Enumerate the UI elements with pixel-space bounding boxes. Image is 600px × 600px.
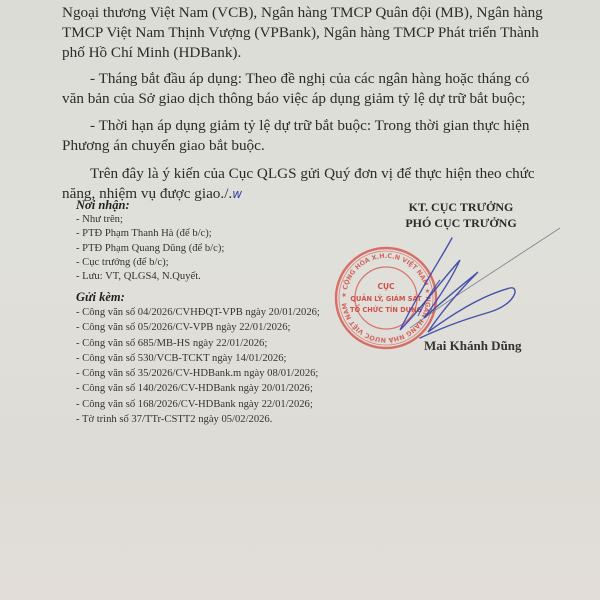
recipient-item: - Cục trưởng (để b/c); (76, 256, 224, 270)
bank-list-paragraph: Ngoại thương Việt Nam (VCB), Ngân hàng T… (62, 3, 536, 63)
paragraph-line: phố Hồ Chí Minh (HDBank). (62, 43, 536, 63)
attachment-item: - Công văn số 35/2026/CV-HDBank.m ngày 0… (76, 366, 320, 381)
attachment-item: - Công văn số 05/2026/CV-VPB ngày 22/01/… (76, 320, 320, 335)
attachment-item: - Công văn số 530/VCB-TCKT ngày 14/01/20… (76, 351, 320, 366)
attachment-item: - Công văn số 685/MB-HS ngày 22/01/2026; (76, 336, 320, 351)
attachment-item: - Công văn số 168/2026/CV-HDBank ngày 22… (76, 397, 320, 412)
document-page: Ngoại thương Việt Nam (VCB), Ngân hàng T… (0, 0, 600, 600)
signer-name: Mai Khánh Dũng (424, 338, 522, 354)
duration-paragraph: - Thời hạn áp dụng giảm tỷ lệ dự trữ bắt… (62, 116, 536, 156)
recipient-item: - PTĐ Phạm Thanh Hà (để b/c); (76, 227, 224, 241)
paragraph-line: TMCP Việt Nam Thịnh Vượng (VPBank), Ngân… (62, 23, 536, 43)
recipient-item: - PTĐ Phạm Quang Dũng (để b/c); (76, 242, 224, 256)
start-month-paragraph: - Tháng bắt đầu áp dụng: Theo đề nghị củ… (62, 69, 536, 109)
recipient-item: - Như trên; (76, 213, 224, 227)
handwritten-signature-icon (380, 220, 570, 350)
paragraph-line: Phương án chuyển giao bắt buộc. (62, 136, 536, 156)
recipient-item: - Lưu: VT, QLGS4, N.Quyết. (76, 270, 224, 284)
paragraph-line: văn bản của Sở giao dịch thông báo việc … (62, 89, 536, 109)
attachment-item: - Công văn số 140/2026/CV-HDBank ngày 20… (76, 381, 320, 396)
paragraph-line: Ngoại thương Việt Nam (VCB), Ngân hàng T… (62, 3, 536, 23)
initial-mark: w (232, 187, 242, 201)
signature-title-line1: KT. CỤC TRƯỞNG (395, 199, 527, 215)
paragraph-line: - Thời hạn áp dụng giảm tỷ lệ dự trữ bắt… (62, 116, 536, 136)
attachment-item: - Công văn số 04/2026/CVHĐQT-VPB ngày 20… (76, 305, 320, 320)
recipients-title: Nơi nhận: (76, 198, 224, 213)
attachments-block: Gửi kèm: - Công văn số 04/2026/CVHĐQT-VP… (76, 290, 320, 427)
recipients-block: Nơi nhận: - Như trên; - PTĐ Phạm Thanh H… (76, 198, 224, 284)
paragraph-line: Trên đây là ý kiến của Cục QLGS gửi Quý … (62, 164, 536, 184)
paragraph-line: - Tháng bắt đầu áp dụng: Theo đề nghị củ… (62, 69, 536, 89)
attachments-title: Gửi kèm: (76, 290, 320, 305)
attachment-item: - Tờ trình số 37/TTr-CSTT2 ngày 05/02/20… (76, 412, 320, 427)
